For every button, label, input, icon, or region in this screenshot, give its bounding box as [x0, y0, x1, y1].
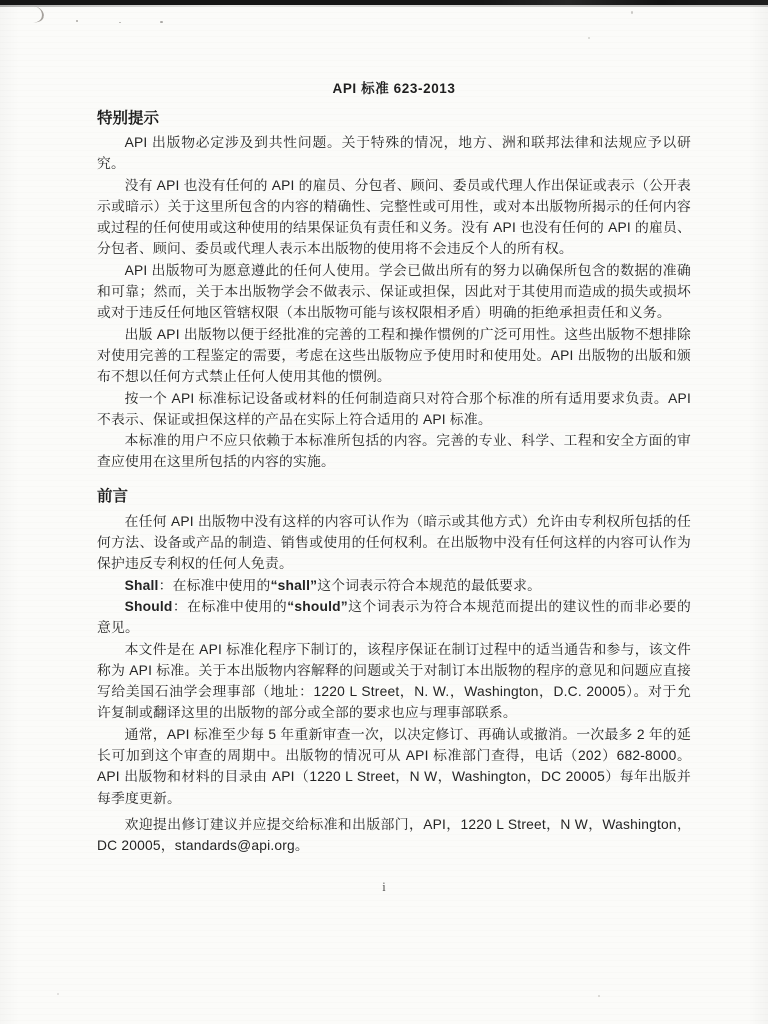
scan-speck — [76, 20, 78, 22]
shall-term-label: Shall — [125, 578, 159, 593]
scan-mark — [32, 6, 45, 24]
special-notice-paragraph: API 出版物必定涉及到共性问题。关于特殊的情况，地方、洲和联邦法律和法规应予以… — [97, 132, 691, 175]
shall-definition-text: ：在标准中使用的 — [159, 578, 271, 593]
scan-speck — [598, 995, 600, 997]
foreword-procedure-paragraph: 本文件是在 API 标准化程序下制订的，该程序保证在制订过程中的适当通告和参与，… — [97, 639, 691, 724]
special-notice-paragraph: 按一个 API 标准标记设备或材料的任何制造商只对符合那个标准的所有适用要求负责… — [97, 388, 691, 431]
scan-speck — [160, 21, 163, 23]
foreword-patent-paragraph: 在任何 API 出版物中没有这样的内容可认作为（暗示或其他方式）允许由专利权所包… — [97, 511, 691, 575]
special-notice-paragraph: API 出版物可为愿意遵此的任何人使用。学会已做出所有的努力以确保所包含的数据的… — [97, 260, 691, 324]
page-number: i — [0, 880, 768, 895]
scan-edge-shadow — [0, 5, 768, 7]
special-notice-heading: 特别提示 — [97, 106, 691, 128]
document-content: API 标准 623-2013 特别提示 API 出版物必定涉及到共性问题。关于… — [97, 77, 691, 857]
scanned-page: API 标准 623-2013 特别提示 API 出版物必定涉及到共性问题。关于… — [0, 0, 768, 1024]
document-header-title: API 标准 623-2013 — [97, 77, 691, 97]
should-term-label: Should — [125, 599, 173, 614]
special-notice-paragraph: 本标准的用户不应只依赖于本标准所包括的内容。完善的专业、科学、工程和安全方面的审… — [97, 430, 691, 473]
foreword-shall-definition: Shall：在标准中使用的“shall”这个词表示符合本规范的最低要求。 — [97, 575, 691, 596]
foreword-heading: 前言 — [97, 484, 691, 506]
scan-speck — [588, 37, 590, 39]
should-quoted-term: “should” — [287, 599, 348, 614]
scan-speck — [631, 11, 633, 14]
foreword-suggestions-paragraph: 欢迎提出修订建议并应提交给标准和出版部门，API，1220 L Street，N… — [97, 814, 691, 857]
shall-quoted-term: “shall” — [271, 578, 318, 593]
special-notice-paragraph: 出版 API 出版物以便于经批准的完善的工程和操作惯例的广泛可用性。这些出版物不… — [97, 324, 691, 388]
should-definition-text: ：在标准中使用的 — [173, 599, 288, 614]
foreword-should-definition: Should：在标准中使用的“should”这个词表示为符合本规范而提出的建议性… — [97, 596, 691, 639]
special-notice-paragraph: 没有 API 也没有任何的 API 的雇员、分包者、顾问、委员或代理人作出保证或… — [97, 175, 691, 260]
scan-speck — [119, 22, 121, 23]
scan-speck — [57, 993, 59, 995]
foreword-review-paragraph: 通常，API 标准至少每 5 年重新审查一次，以决定修订、再确认或撤消。一次最多… — [97, 724, 691, 809]
shall-definition-tail: 这个词表示符合本规范的最低要求。 — [317, 578, 541, 593]
